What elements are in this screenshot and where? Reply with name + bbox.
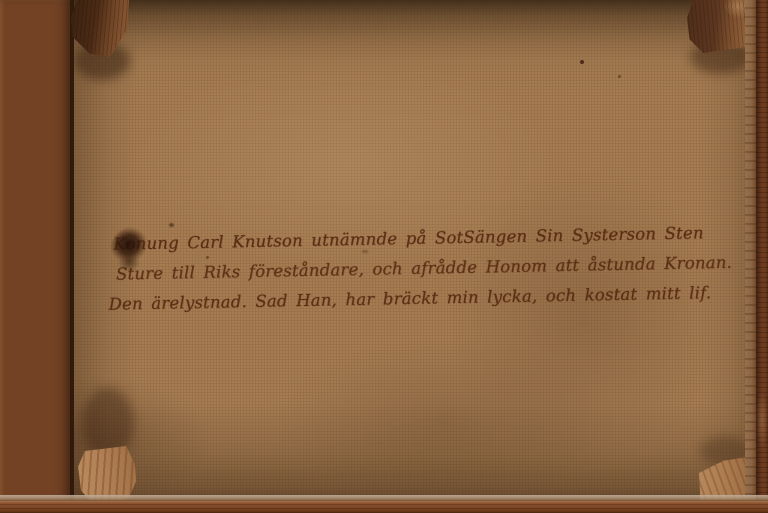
stretcher-bar-left [0, 0, 74, 513]
canvas-speck [618, 75, 621, 78]
stretcher-edge-right-face [745, 0, 756, 513]
painting-verso-photo: Konung Carl Knutson utnämnde på SotSänge… [0, 0, 768, 513]
ink-speck [169, 223, 174, 227]
ink-speck [362, 250, 368, 253]
handwritten-inscription: Konung Carl Knutson utnämnde på SotSänge… [105, 218, 707, 320]
corner-key-top-right [687, 0, 749, 53]
ink-speck [206, 256, 209, 259]
stretcher-bar-right [756, 0, 768, 513]
ink-blot-tail [118, 252, 140, 272]
canvas-speck [580, 60, 584, 64]
stretcher-bar-bottom [0, 500, 768, 513]
